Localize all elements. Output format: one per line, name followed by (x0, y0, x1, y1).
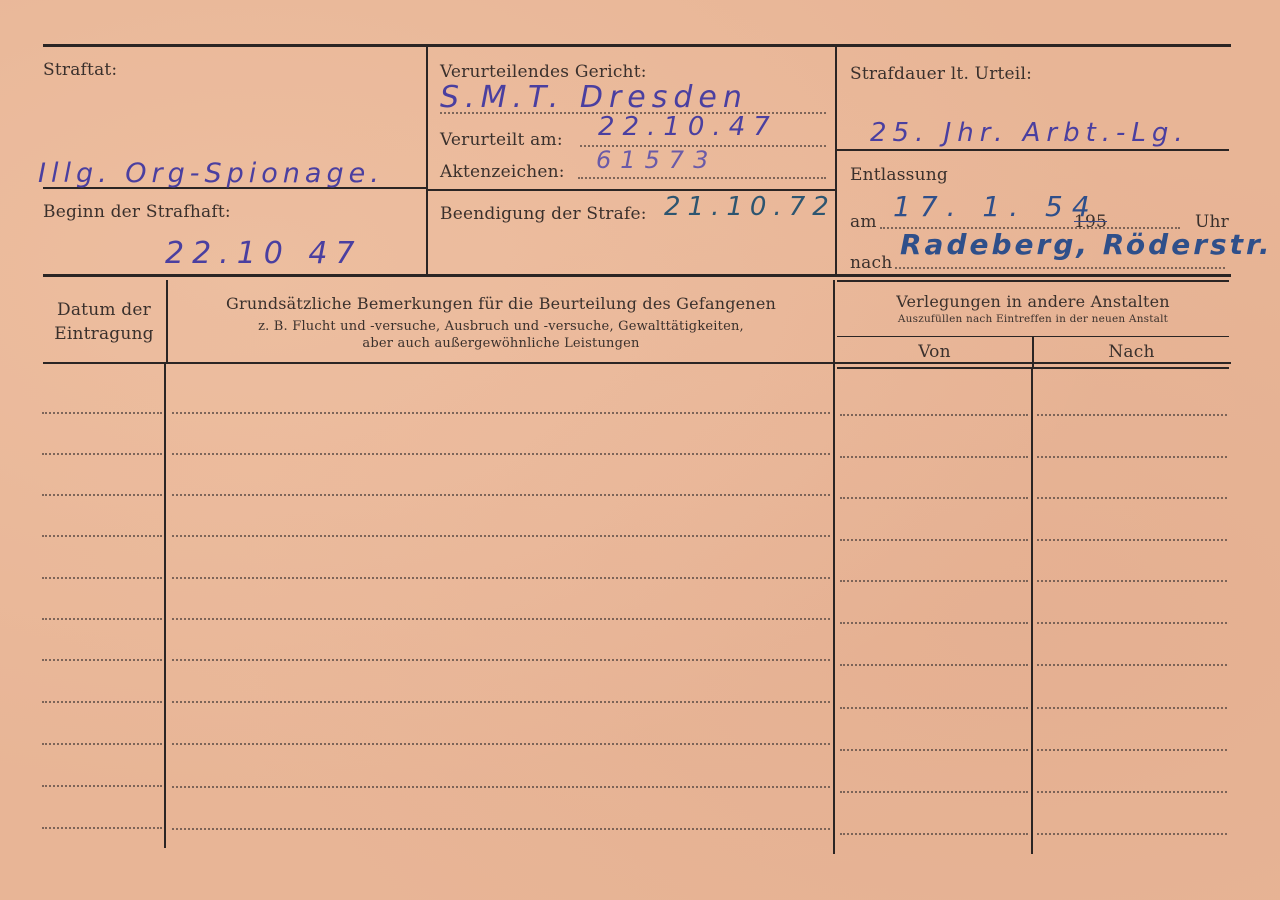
sentenced-on-label: Verurteilt am: (440, 130, 563, 150)
from-cell-line[interactable] (840, 456, 1028, 458)
remarks-cell-line[interactable] (172, 786, 830, 788)
top-section-bottom-line (43, 274, 1231, 277)
to-cell-line[interactable] (1037, 622, 1227, 624)
from-cell-line[interactable] (840, 833, 1028, 835)
release-to-label: nach (850, 253, 892, 273)
remarks-cell-line[interactable] (172, 659, 830, 661)
release-to-value: Radeberg, Röderstr. 1 (900, 228, 1280, 261)
remarks-cell-line[interactable] (172, 453, 830, 455)
file-number-label: Aktenzeichen: (440, 162, 565, 182)
release-to-dotted-line (895, 267, 1225, 269)
remarks-cell-line[interactable] (172, 577, 830, 579)
transfers-subheader: Auszufüllen nach Eintreffen in der neuen… (837, 313, 1229, 325)
date-cell-line[interactable] (42, 412, 162, 414)
date-cell-line[interactable] (42, 494, 162, 496)
to-cell-line[interactable] (1037, 749, 1227, 751)
date-cell-line[interactable] (42, 577, 162, 579)
date-cell-line[interactable] (42, 785, 162, 787)
court-label: Verurteilendes Gericht: (440, 62, 647, 82)
remarks-cell-line[interactable] (172, 412, 830, 414)
sentence-length-value: 25. Jhr. Arbt.-Lg. (870, 118, 1189, 148)
top-divider-2 (835, 46, 837, 276)
release-bottom-line (837, 280, 1229, 282)
remarks-column-subheader-2: aber auch außergewöhnliche Leistungen (170, 336, 832, 351)
from-cell-line[interactable] (840, 497, 1028, 499)
offense-label: Straftat: (43, 60, 117, 80)
header-divider-date (166, 280, 168, 362)
from-cell-line[interactable] (840, 791, 1028, 793)
end-of-sentence-value: 21.10.72 (664, 192, 836, 222)
from-cell-line[interactable] (840, 580, 1028, 582)
date-column-header: Datum der Eintragung (48, 298, 160, 346)
to-cell-line[interactable] (1037, 707, 1227, 709)
remarks-column-subheader-1: z. B. Flucht und -versuche, Ausbruch und… (170, 319, 832, 334)
to-cell-line[interactable] (1037, 456, 1227, 458)
to-cell-line[interactable] (1037, 497, 1227, 499)
remarks-cell-line[interactable] (172, 618, 830, 620)
court-bottom-line (426, 189, 836, 191)
from-cell-line[interactable] (840, 749, 1028, 751)
date-cell-line[interactable] (42, 659, 162, 661)
date-cell-line[interactable] (42, 827, 162, 829)
from-cell-line[interactable] (840, 414, 1028, 416)
to-cell-line[interactable] (1037, 414, 1227, 416)
offense-value: Illg. Org-Spionage. (38, 158, 384, 189)
from-cell-line[interactable] (840, 707, 1028, 709)
release-label: Entlassung (850, 165, 948, 185)
sentence-length-label: Strafdauer lt. Urteil: (850, 64, 1032, 84)
date-cell-line[interactable] (42, 701, 162, 703)
to-cell-line[interactable] (1037, 833, 1227, 835)
from-cell-line[interactable] (840, 539, 1028, 541)
date-cell-line[interactable] (42, 743, 162, 745)
remarks-cell-line[interactable] (172, 535, 830, 537)
to-column-header: Nach (1034, 342, 1229, 362)
end-of-sentence-label: Beendigung der Strafe: (440, 204, 647, 224)
remarks-cell-line[interactable] (172, 701, 830, 703)
from-column-header: Von (837, 342, 1032, 362)
date-cell-line[interactable] (42, 618, 162, 620)
remarks-column-header: Grundsätzliche Bemerkungen für die Beurt… (170, 294, 832, 313)
sentence-length-bottom-line (837, 149, 1229, 151)
remarks-cell-line[interactable] (172, 743, 830, 745)
file-number-value: 61573 (596, 146, 717, 174)
from-cell-line[interactable] (840, 664, 1028, 666)
body-divider-from-to (1031, 367, 1033, 854)
remarks-cell-line[interactable] (172, 494, 830, 496)
start-of-sentence-label: Beginn der Strafhaft: (43, 202, 231, 222)
start-of-sentence-value: 22.10 47 (165, 236, 363, 271)
file-number-dotted-line (578, 177, 826, 179)
header-bottom-line (43, 362, 1231, 364)
from-cell-line[interactable] (840, 622, 1028, 624)
release-on-value: 17. 1. 54 (893, 190, 1099, 223)
court-value: S.M.T. Dresden (440, 80, 748, 115)
to-cell-line[interactable] (1037, 664, 1227, 666)
date-cell-line[interactable] (42, 535, 162, 537)
to-cell-line[interactable] (1037, 791, 1227, 793)
remarks-cell-line[interactable] (172, 828, 830, 830)
body-divider-remarks (833, 280, 835, 854)
top-border-line (43, 44, 1231, 47)
sentenced-on-value: 22.10.47 (598, 112, 778, 142)
header-bottom-line-right (837, 367, 1229, 369)
top-divider-1 (426, 46, 428, 276)
date-cell-line[interactable] (42, 453, 162, 455)
to-cell-line[interactable] (1037, 580, 1227, 582)
release-on-label: am (850, 212, 877, 232)
body-divider-date (164, 364, 166, 848)
transfers-header: Verlegungen in andere Anstalten (837, 292, 1229, 311)
to-cell-line[interactable] (1037, 539, 1227, 541)
